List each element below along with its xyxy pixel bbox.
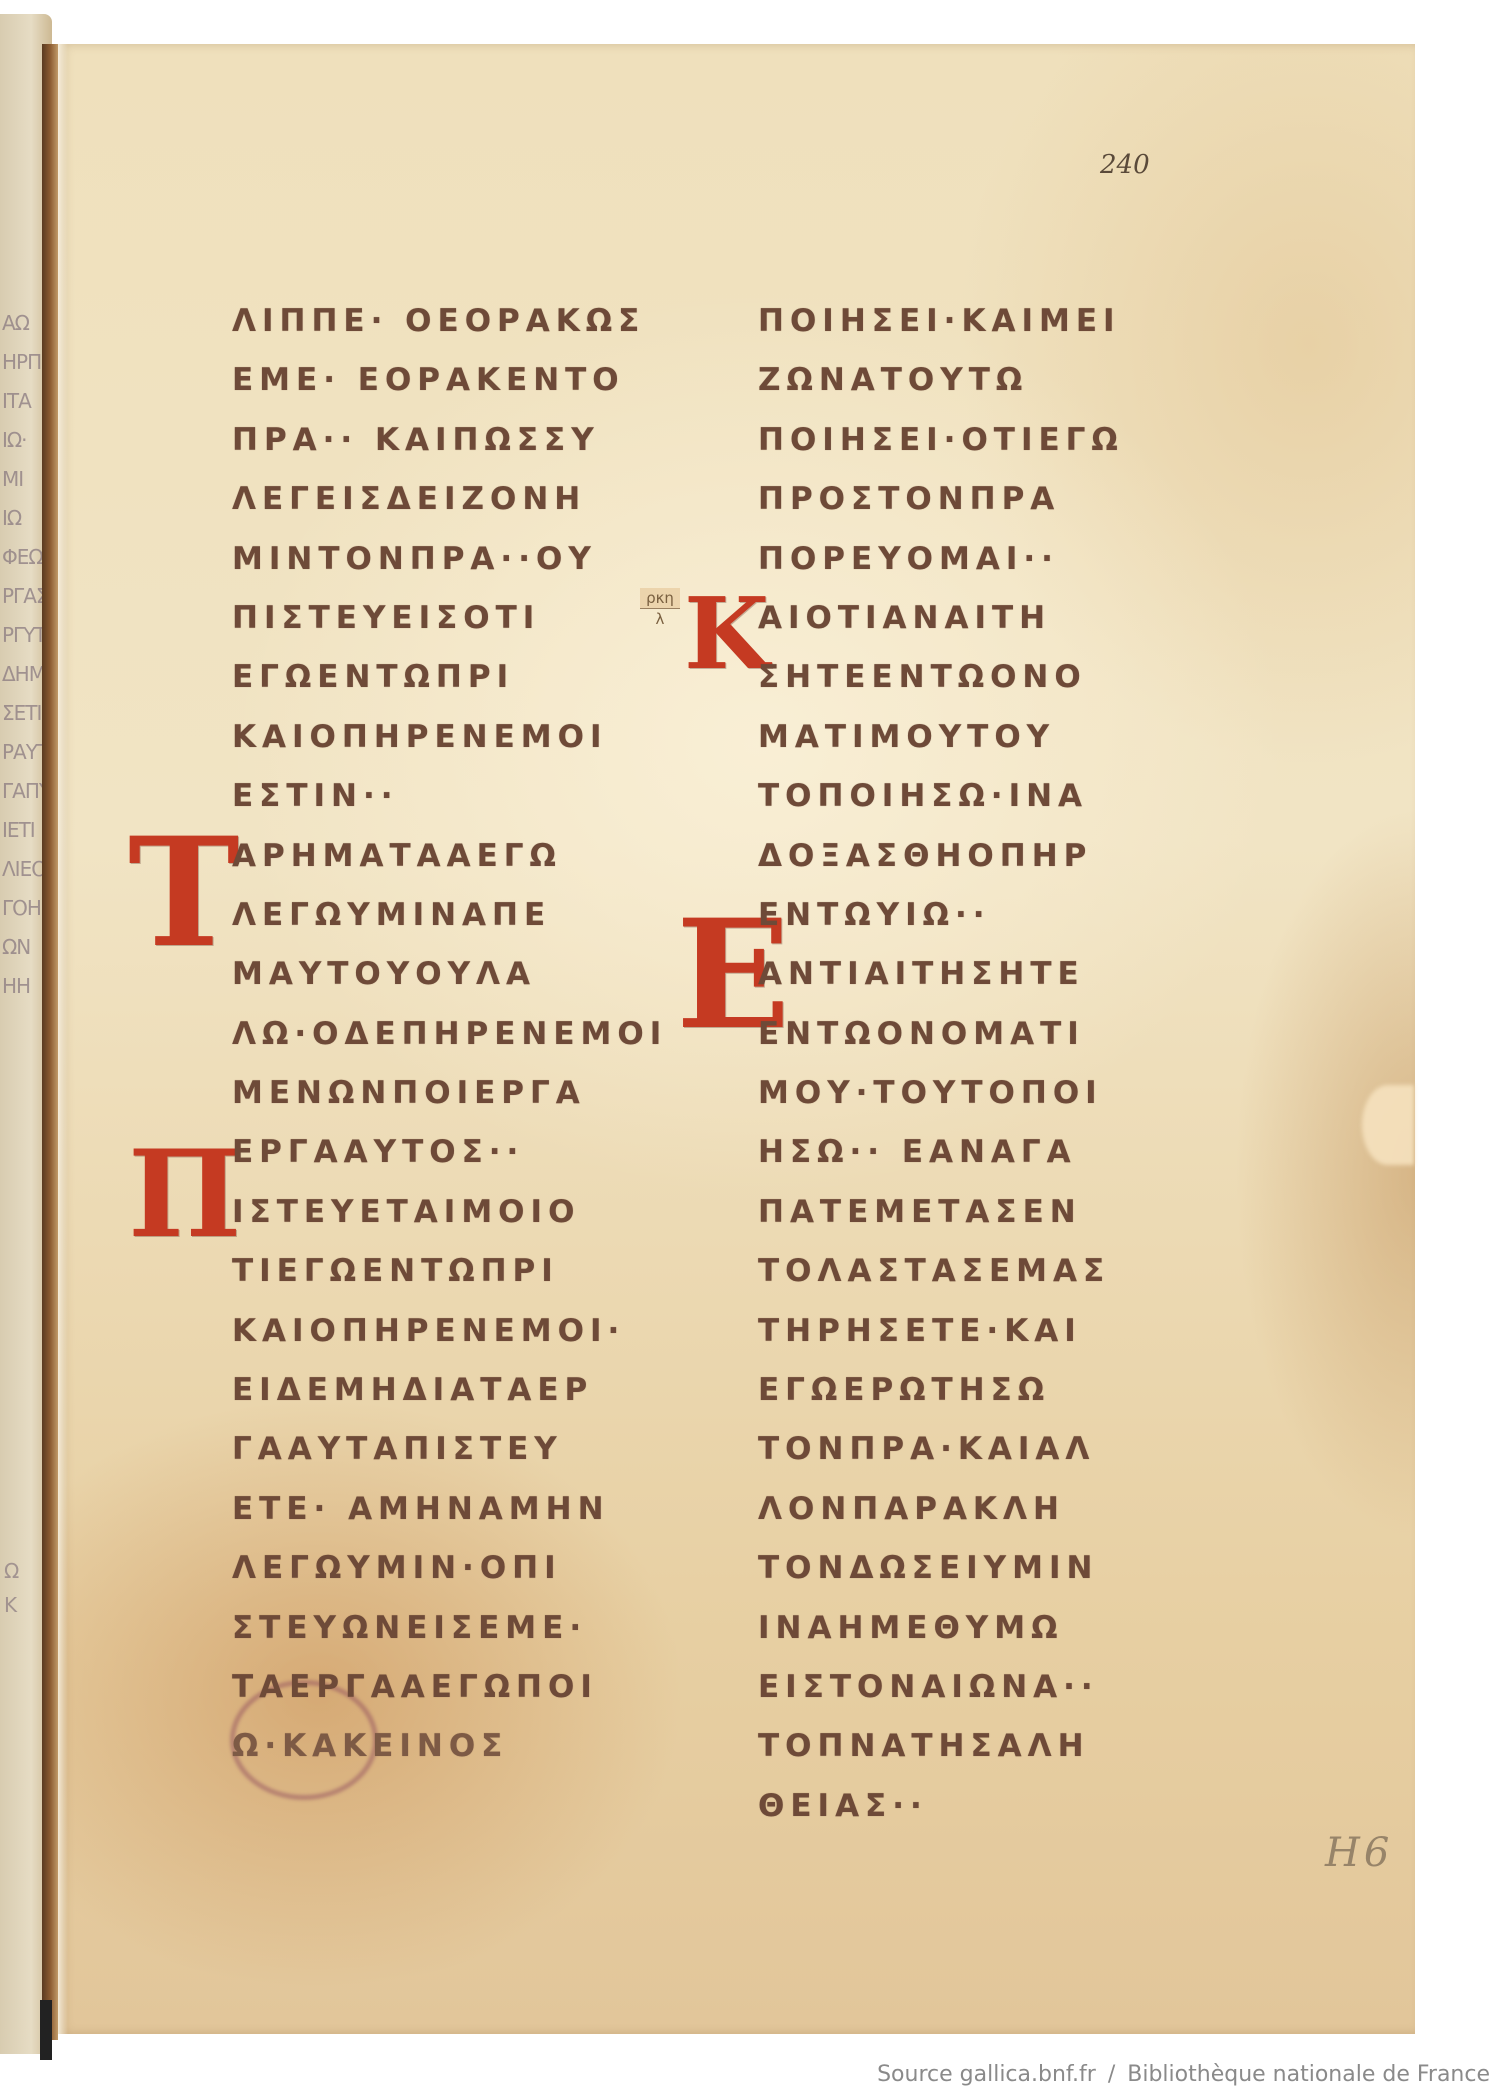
initial-pi: Π xyxy=(128,1135,241,1255)
text-column-right: ΠΟΙΗΣΕΙ·ΚΑΙΜΕΙ ΖΩΝΑΤΟΥΤΩ ΠΟΙΗΣΕΙ·ΟΤΙΕΓΩ … xyxy=(758,292,1198,1836)
text-line: ΠΟΙΗΣΕΙ·ΟΤΙΕΓΩ xyxy=(758,411,1198,470)
text-line: ΛΕΓΩΥΜΙΝΑΠΕ xyxy=(232,886,672,945)
text-line: ΕΓΩΕΝΤΩΠΡΙ xyxy=(232,648,672,707)
text-line: ΙΝΑΗΜΕΘΥΜΩ xyxy=(758,1599,1198,1658)
text-line: ΚΑΙΟΠΗΡΕΝΕΜΟΙ· xyxy=(232,1302,672,1361)
text-line: ΜΕΝΩΝΠΟΙΕΡΓΑ xyxy=(232,1064,672,1123)
text-line: ΑΝΤΙΑΙΤΗΣΗΤΕ xyxy=(758,945,1198,1004)
initial-kappa: Κ xyxy=(684,586,769,684)
folio-number: 240 xyxy=(1100,150,1150,180)
text-line: ΕΙΔΕΜΗΔΙΑΤΑΕΡ xyxy=(232,1361,672,1420)
text-line: ΑΙΟΤΙΑΝΑΙΤΗ xyxy=(758,589,1198,648)
corner-mark: H6 xyxy=(1325,1830,1393,1876)
text-line: ΠΟΡΕΥΟΜΑΙ·· xyxy=(758,530,1198,589)
text-line: ΕΙΣΤΟΝΑΙΩΝΑ·· xyxy=(758,1658,1198,1717)
text-line: ΠΙΣΤΕΥΕΙΣΟΤΙ xyxy=(232,589,672,648)
binding-gutter xyxy=(42,44,58,2040)
institution-name: Bibliothèque nationale de France xyxy=(1127,2062,1490,2087)
text-line: ΛΟΝΠΑΡΑΚΛΗ xyxy=(758,1480,1198,1539)
previous-leaf-bottom-text: Ω Κ xyxy=(4,1554,19,1622)
text-line: ΔΟΞΑΣΘΗΟΠΗΡ xyxy=(758,827,1198,886)
text-line: ΜΑΥΤΟΥΟΥΛΑ xyxy=(232,945,672,1004)
text-line: ΤΟΠΟΙΗΣΩ·ΙΝΑ xyxy=(758,767,1198,826)
footer-separator: / xyxy=(1108,2062,1115,2087)
text-line: ΛΙΠΠΕ· ΟΕΟΡΑΚΩΣ xyxy=(232,292,672,351)
text-line: ΤΗΡΗΣΕΤΕ·ΚΑΙ xyxy=(758,1302,1198,1361)
text-line: ΗΣΩ·· ΕΑΝΑΓΑ xyxy=(758,1123,1198,1182)
text-line: ΤΟΛΑΣΤΑΣΕΜΑΣ xyxy=(758,1242,1198,1301)
leaf-fragment: Κ xyxy=(4,1588,19,1622)
text-line: ΠΡΑ·· ΚΑΙΠΩΣΣΥ xyxy=(232,411,672,470)
initial-tau: Τ xyxy=(128,818,240,968)
folio-edge xyxy=(58,44,68,2034)
text-line: ΜΟΥ·ΤΟΥΤΟΠΟΙ xyxy=(758,1064,1198,1123)
text-line: ΜΙΝΤΟΝΠΡΑ··ΟΥ xyxy=(232,530,672,589)
text-line: ΣΗΤΕΕΝΤΩΟΝΟ xyxy=(758,648,1198,707)
text-line: ΛΩ·ΟΔΕΠΗΡΕΝΕΜΟΙ xyxy=(232,1005,672,1064)
text-line: ΤΟΝΔΩΣΕΙΥΜΙΝ xyxy=(758,1539,1198,1598)
text-line: ΓΑΑΥΤΑΠΙΣΤΕΥ xyxy=(232,1420,672,1479)
text-line: ΙΣΤΕΥΕΤΑΙΜΟΙΟ xyxy=(232,1183,672,1242)
text-line: ΕΤΕ· ΑΜΗΝΑΜΗΝ xyxy=(232,1480,672,1539)
text-line: ΕΡΓΑΑΥΤΟΣ·· xyxy=(232,1123,672,1182)
text-line: ΤΙΕΓΩΕΝΤΩΠΡΙ xyxy=(232,1242,672,1301)
text-line: ΚΑΙΟΠΗΡΕΝΕΜΟΙ xyxy=(232,708,672,767)
manuscript-viewer: ΑΩ ΗΡΠ ΙΤΑ ΙΩ· ΜΙ ΙΩ ΦΕΩ ΡΓΑΣ ΡΓΥΤ ΔΗΜΕ … xyxy=(0,0,1500,2100)
text-line: ΛΕΓΩΥΜΙΝ·ΟΠΙ xyxy=(232,1539,672,1598)
stain-blob xyxy=(1362,1085,1414,1165)
text-line: ΘΕΙΑΣ·· xyxy=(758,1777,1198,1836)
leaf-fragment: Ω xyxy=(4,1554,19,1588)
text-line: ΕΜΕ· ΕΟΡΑΚΕΝΤΟ xyxy=(232,351,672,410)
text-line: ΠΡΟΣΤΟΝΠΡΑ xyxy=(758,470,1198,529)
text-line: ΕΝΤΩΥΙΩ·· xyxy=(758,886,1198,945)
text-line: ΣΤΕΥΩΝΕΙΣΕΜΕ· xyxy=(232,1599,672,1658)
text-line: ΑΡΗΜΑΤΑΑΕΓΩ xyxy=(232,827,672,886)
text-line: ΛΕΓΕΙΣΔΕΙΖΟΝΗ xyxy=(232,470,672,529)
text-line: ΕΣΤΙΝ·· xyxy=(232,767,672,826)
text-line: ΤΟΠΝΑΤΗΣΑΛΗ xyxy=(758,1717,1198,1776)
binding-spine xyxy=(40,2000,52,2060)
source-attribution: Source gallica.bnf.fr/Bibliothèque natio… xyxy=(877,2062,1490,2087)
text-line: ΜΑΤΙΜΟΥΤΟΥ xyxy=(758,708,1198,767)
text-line: Ω·ΚΑΚΕΙΝΟΣ xyxy=(232,1717,672,1776)
text-line: ΠΟΙΗΣΕΙ·ΚΑΙΜΕΙ xyxy=(758,292,1198,351)
source-link[interactable]: Source gallica.bnf.fr xyxy=(877,2062,1096,2087)
text-line: ΠΑΤΕΜΕΤΑΣΕΝ xyxy=(758,1183,1198,1242)
text-line: ΤΑΕΡΓΑΑΕΓΩΠΟΙ xyxy=(232,1658,672,1717)
text-line: ΕΓΩΕΡΩΤΗΣΩ xyxy=(758,1361,1198,1420)
text-line: ΖΩΝΑΤΟΥΤΩ xyxy=(758,351,1198,410)
text-line: ΕΝΤΩΟΝΟΜΑΤΙ xyxy=(758,1005,1198,1064)
text-line: ΤΟΝΠΡΑ·ΚΑΙΑΛ xyxy=(758,1420,1198,1479)
text-column-left: ΛΙΠΠΕ· ΟΕΟΡΑΚΩΣ ΕΜΕ· ΕΟΡΑΚΕΝΤΟ ΠΡΑ·· ΚΑΙ… xyxy=(232,292,672,1777)
